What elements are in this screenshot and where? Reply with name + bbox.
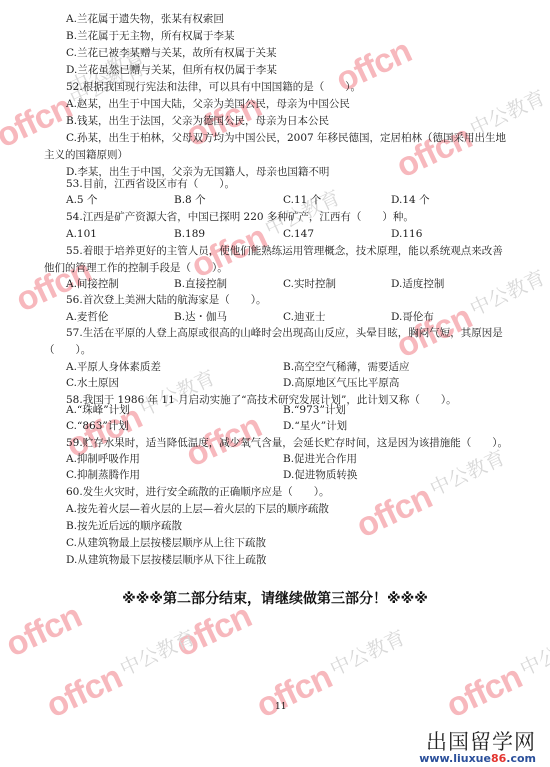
q59-option-b: B.促进光合作用 xyxy=(283,452,357,466)
q51-option-d: D.兰花虽然已赠与关某，但所有权仍属于李某 xyxy=(66,63,277,77)
q60-option-d: D.从建筑物最下层按楼层顺序从下往上疏散 xyxy=(66,553,266,567)
page-number: 11 xyxy=(275,702,286,712)
q57-option-b: B.高空空气稀薄，需要适应 xyxy=(283,360,410,374)
site-url-prefix: www.liuxue xyxy=(419,752,491,765)
q58-option-d: D.“星火”计划 xyxy=(283,419,347,433)
section-end-banner: ※※※第二部分结束，请继续做第三部分！※※※ xyxy=(0,588,550,608)
q54-option-a: A.101 xyxy=(66,227,97,241)
q54-option-b: B.189 xyxy=(174,227,205,241)
q52-stem: 52.根据我国现行宪法和法律，可以具有中国国籍的是（ ）。 xyxy=(66,80,361,94)
site-name: 出国留学网 xyxy=(419,731,536,753)
q54-option-d: D.116 xyxy=(391,227,422,241)
q55-option-a: A.间接控制 xyxy=(66,277,119,291)
q58-option-a: A.“珠峰”计划 xyxy=(66,403,130,417)
q53-option-a: A.5 个 xyxy=(66,193,97,207)
q54-option-c: C.147 xyxy=(283,227,314,241)
q53-stem: 53.目前，江西省设区市有（ ）。 xyxy=(66,177,235,191)
q59-option-c: C.抑制蒸腾作用 xyxy=(66,468,140,482)
q52-option-c: C.孙某，出生于柏林，父母双方均为中国公民，2007 年移民德国，定居柏林（德国… xyxy=(66,131,506,145)
site-url-suffix: .com xyxy=(506,752,536,765)
q57-option-a: A.平原人身体素质差 xyxy=(66,360,161,374)
q55-option-b: B.直接控制 xyxy=(174,277,227,291)
q56-option-b: B.达・伽马 xyxy=(174,310,227,324)
q51-option-a: A.兰花属于遗失物，张某有权索回 xyxy=(66,12,224,26)
q56-option-a: A.麦哲伦 xyxy=(66,310,108,324)
q55-stem: 55.着眼于培养更好的主管人员，使他们能熟练运用管理概念，技术原理，能以系统观点… xyxy=(66,244,503,258)
q55-option-c: C.实时控制 xyxy=(283,277,336,291)
q52-option-b: B.钱某，出生于法国，父亲为德国公民，母亲为日本公民 xyxy=(66,114,329,128)
q60-option-a: A.按先着火层—着火层的上层—着火层的下层的顺序疏散 xyxy=(66,502,329,516)
q59-option-a: A.抑制呼吸作用 xyxy=(66,452,140,466)
q59-stem: 59.贮存水果时，适当降低温度，减少氧气含量，会延长贮存时间，这是因为该措施能（… xyxy=(66,436,508,450)
q58-option-c: C.“863”计划 xyxy=(66,419,129,433)
q58-option-b: B.“973”计划 xyxy=(283,403,346,417)
q51-option-c: C.兰花已被李某赠与关某，故所有权属于关某 xyxy=(66,46,277,60)
site-logo[interactable]: 出国留学网 www.liuxue86.com xyxy=(419,731,536,765)
q56-option-c: C.迪亚士 xyxy=(283,310,326,324)
q56-option-d: D.哥伦布 xyxy=(391,310,434,324)
q52-option-a: A.赵某，出生于中国大陆，父亲为美国公民，母亲为中国公民 xyxy=(66,97,350,111)
q60-option-c: C.从建筑物最上层按楼层顺序从上往下疏散 xyxy=(66,536,266,550)
q51-option-b: B.兰花属于无主物，所有权属于李某 xyxy=(66,29,235,43)
q53-option-c: C.11 个 xyxy=(283,193,321,207)
q57-option-d: D.高原地区气压比平原高 xyxy=(283,376,399,390)
q59-option-d: D.促进物质转换 xyxy=(283,468,357,482)
q57-option-c: C.水土原因 xyxy=(66,376,119,390)
q55-stem-cont: 他们的管理工作的控制手段是（ ）。 xyxy=(44,261,228,275)
q57-stem: 57.生活在平原的人登上高原或很高的山峰时会出现高山反应，头晕目眩，胸闷气短，其… xyxy=(66,326,503,340)
q57-stem-cont: （ ）。 xyxy=(44,343,91,357)
q55-option-d: D.适度控制 xyxy=(391,277,444,291)
q52-option-c-cont: 主义的国籍原则） xyxy=(44,148,128,162)
q53-option-d: D.14 个 xyxy=(391,193,430,207)
q60-option-b: B.按先近后远的顺序疏散 xyxy=(66,519,182,533)
site-url[interactable]: www.liuxue86.com xyxy=(419,753,536,765)
q54-stem: 54.江西是矿产资源大省，中国已探明 220 多种矿产，江西有（ ）种。 xyxy=(66,210,414,224)
site-url-highlight: 86 xyxy=(491,752,506,765)
q60-stem: 60.发生火灾时，进行安全疏散的正确顺序应是（ ）。 xyxy=(66,485,329,499)
exam-page: A.兰花属于遗失物，张某有权索回 B.兰花属于无主物，所有权属于李某 C.兰花已… xyxy=(0,0,550,767)
q53-option-b: B.8 个 xyxy=(174,193,206,207)
q56-stem: 56.首次登上美洲大陆的航海家是（ ）。 xyxy=(66,293,266,307)
